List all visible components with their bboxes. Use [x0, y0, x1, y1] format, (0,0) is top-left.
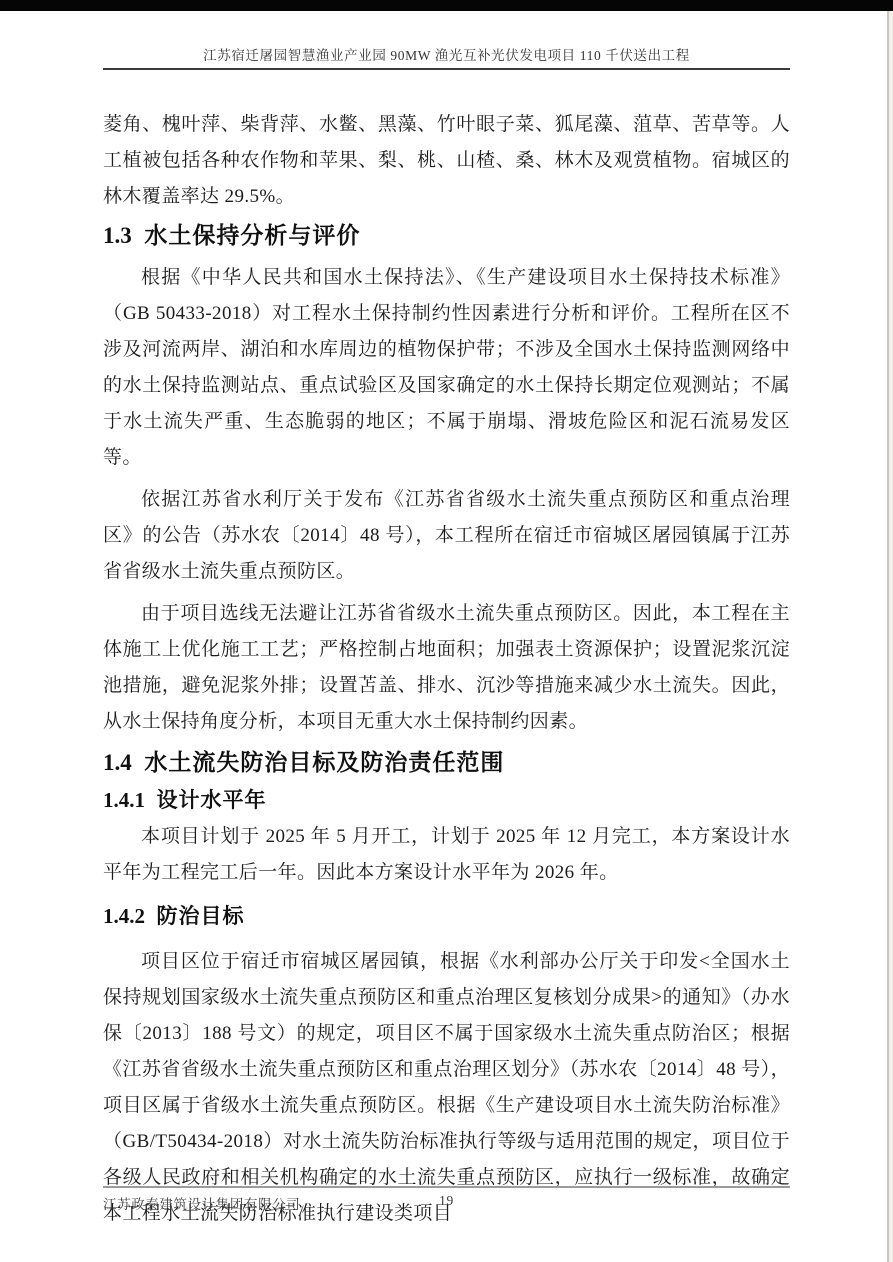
scan-right-edge-line — [887, 11, 889, 1262]
paragraph-1-4-1-design-year: 本项目计划于 2025 年 5 月开工，计划于 2025 年 12 月完工，本方… — [103, 819, 790, 891]
paragraph-1-3-analysis: 根据《中华人民共和国水土保持法》、《生产建设项目水土保持技术标准》（GB 504… — [103, 260, 790, 476]
footer-row: 江苏政泰建筑设计集团有限公司 19 — [103, 1193, 790, 1209]
section-heading-1-4-1: 1.4.1 设计水平年 — [103, 785, 790, 816]
section-title: 水土保持分析与评价 — [144, 219, 360, 251]
page-header: 江苏宿迁屠园智慧渔业产业园 90MW 渔光互补光伏发电项目 110 千伏送出工程 — [103, 0, 790, 70]
section-title: 设计水平年 — [157, 786, 267, 816]
section-number: 1.4 — [103, 747, 132, 779]
paragraph-1-3-conclusion: 由于项目选线无法避让江苏省省级水土流失重点预防区。因此，本工程在主体施工上优化施… — [103, 596, 790, 740]
section-title: 防治目标 — [157, 902, 245, 932]
section-heading-1-3: 1.3 水土保持分析与评价 — [103, 219, 790, 252]
document-page: 江苏宿迁屠园智慧渔业产业园 90MW 渔光互补光伏发电项目 110 千伏送出工程… — [0, 0, 893, 1262]
paragraph-1-3-announcement: 依据江苏省水利厅关于发布《江苏省省级水土流失重点预防区和重点治理区》的公告（苏水… — [103, 482, 790, 590]
paragraph-vegetation-carryover: 菱角、槐叶萍、柴背萍、水鳖、黑藻、竹叶眼子菜、狐尾藻、菹草、苦草等。人工植被包括… — [103, 107, 790, 215]
section-number: 1.4.1 — [103, 785, 145, 815]
scan-right-strip — [889, 11, 893, 1262]
footer-company-name: 江苏政泰建筑设计集团有限公司 — [103, 1193, 300, 1213]
section-number: 1.3 — [103, 220, 132, 252]
section-heading-1-4-2: 1.4.2 防治目标 — [103, 901, 790, 932]
page-footer: 江苏政泰建筑设计集团有限公司 19 — [103, 1186, 790, 1209]
section-title: 水土流失防治目标及防治责任范围 — [144, 746, 504, 778]
section-number: 1.4.2 — [103, 901, 145, 931]
section-heading-1-4: 1.4 水土流失防治目标及防治责任范围 — [103, 746, 790, 779]
document-body: 菱角、槐叶萍、柴背萍、水鳖、黑藻、竹叶眼子菜、狐尾藻、菹草、苦草等。人工植被包括… — [103, 70, 790, 1232]
header-title: 江苏宿迁屠园智慧渔业产业园 90MW 渔光互补光伏发电项目 110 千伏送出工程 — [203, 44, 690, 64]
